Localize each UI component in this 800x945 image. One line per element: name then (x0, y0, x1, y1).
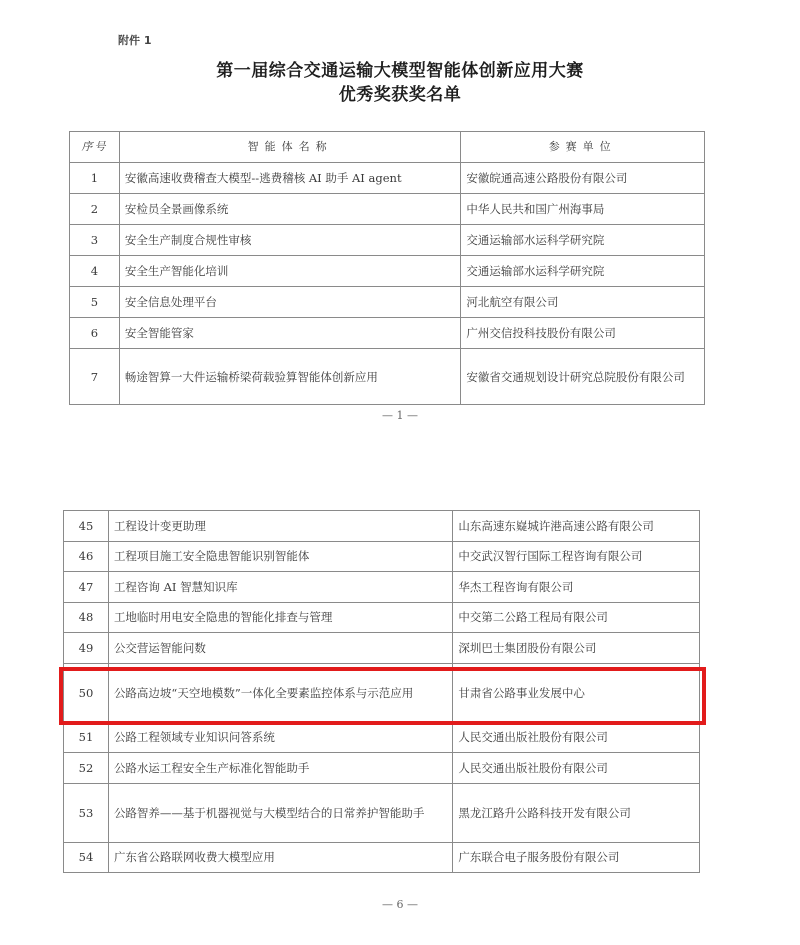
row-number: 2 (70, 194, 120, 225)
agent-name: 公路高边坡“天空地模数”一体化全要素监控体系与示范应用 (108, 663, 452, 722)
row-number: 5 (70, 287, 120, 318)
page-number: — 6 — (0, 898, 800, 911)
awards-table-page-1: 序号 智能体名称 参赛单位 1 安徽高速收费稽查大模型--逃费稽核 AI 助手 … (69, 131, 705, 405)
table-row: 7 畅途智算一大件运输桥梁荷载验算智能体创新应用 安徽省交通规划设计研究总院股份… (70, 349, 705, 405)
row-number: 50 (64, 663, 109, 722)
table-row: 48 工地临时用电安全隐患的智能化排查与管理 中交第二公路工程局有限公司 (64, 602, 700, 633)
table-row: 6 安全智能管家 广州交信投科技股份有限公司 (70, 318, 705, 349)
row-number: 51 (64, 722, 109, 753)
table-row: 47 工程咨询 AI 智慧知识库 华杰工程咨询有限公司 (64, 572, 700, 603)
page-number: — 1 — (0, 409, 800, 422)
header-agent-name: 智能体名称 (119, 132, 460, 163)
participant-unit: 深圳巴士集团股份有限公司 (453, 633, 700, 664)
agent-name: 工程咨询 AI 智慧知识库 (108, 572, 452, 603)
table-row: 49 公交营运智能问数 深圳巴士集团股份有限公司 (64, 633, 700, 664)
row-number: 3 (70, 225, 120, 256)
highlighted-table-row: 50 公路高边坡“天空地模数”一体化全要素监控体系与示范应用 甘肃省公路事业发展… (64, 663, 700, 722)
table-row: 53 公路智养——基于机器视觉与大模型结合的日常养护智能助手 黑龙江路升公路科技… (64, 783, 700, 842)
row-number: 47 (64, 572, 109, 603)
participant-unit: 安徽皖通高速公路股份有限公司 (461, 163, 705, 194)
participant-unit: 人民交通出版社股份有限公司 (453, 722, 700, 753)
agent-name: 畅途智算一大件运输桥梁荷载验算智能体创新应用 (119, 349, 460, 405)
row-number: 45 (64, 511, 109, 542)
agent-name: 公路水运工程安全生产标准化智能助手 (108, 753, 452, 784)
agent-name: 公路工程领域专业知识问答系统 (108, 722, 452, 753)
document-title: 第一届综合交通运输大模型智能体创新应用大赛 (0, 56, 800, 81)
participant-unit: 交通运输部水运科学研究院 (461, 225, 705, 256)
row-number: 48 (64, 602, 109, 633)
agent-name: 安徽高速收费稽查大模型--逃费稽核 AI 助手 AI agent (119, 163, 460, 194)
table-row: 46 工程项目施工安全隐患智能识别智能体 中交武汉智行国际工程咨询有限公司 (64, 541, 700, 572)
row-number: 4 (70, 256, 120, 287)
agent-name: 公交营运智能问数 (108, 633, 452, 664)
table-row: 2 安检员全景画像系统 中华人民共和国广州海事局 (70, 194, 705, 225)
agent-name: 安全智能管家 (119, 318, 460, 349)
participant-unit: 广州交信投科技股份有限公司 (461, 318, 705, 349)
table-row: 5 安全信息处理平台 河北航空有限公司 (70, 287, 705, 318)
table-row: 3 安全生产制度合规性审核 交通运输部水运科学研究院 (70, 225, 705, 256)
row-number: 7 (70, 349, 120, 405)
agent-name: 公路智养——基于机器视觉与大模型结合的日常养护智能助手 (108, 783, 452, 842)
agent-name: 工程设计变更助理 (108, 511, 452, 542)
row-number: 1 (70, 163, 120, 194)
document-subtitle: 优秀奖获奖名单 (0, 80, 800, 105)
table-row: 52 公路水运工程安全生产标准化智能助手 人民交通出版社股份有限公司 (64, 753, 700, 784)
participant-unit: 人民交通出版社股份有限公司 (453, 753, 700, 784)
agent-name: 工程项目施工安全隐患智能识别智能体 (108, 541, 452, 572)
participant-unit: 黑龙江路升公路科技开发有限公司 (453, 783, 700, 842)
participant-unit: 中交第二公路工程局有限公司 (453, 602, 700, 633)
document-page: 附件 1 第一届综合交通运输大模型智能体创新应用大赛 优秀奖获奖名单 序号 智能… (0, 0, 800, 945)
agent-name: 安检员全景画像系统 (119, 194, 460, 225)
participant-unit: 交通运输部水运科学研究院 (461, 256, 705, 287)
participant-unit: 甘肃省公路事业发展中心 (453, 663, 700, 722)
table-row: 51 公路工程领域专业知识问答系统 人民交通出版社股份有限公司 (64, 722, 700, 753)
table-header-row: 序号 智能体名称 参赛单位 (70, 132, 705, 163)
participant-unit: 安徽省交通规划设计研究总院股份有限公司 (461, 349, 705, 405)
header-participant-unit: 参赛单位 (461, 132, 705, 163)
table-row: 4 安全生产智能化培训 交通运输部水运科学研究院 (70, 256, 705, 287)
table-row: 54 广东省公路联网收费大模型应用 广东联合电子服务股份有限公司 (64, 842, 700, 873)
row-number: 53 (64, 783, 109, 842)
agent-name: 广东省公路联网收费大模型应用 (108, 842, 452, 873)
agent-name: 工地临时用电安全隐患的智能化排查与管理 (108, 602, 452, 633)
row-number: 54 (64, 842, 109, 873)
agent-name: 安全生产制度合规性审核 (119, 225, 460, 256)
participant-unit: 中交武汉智行国际工程咨询有限公司 (453, 541, 700, 572)
participant-unit: 华杰工程咨询有限公司 (453, 572, 700, 603)
agent-name: 安全生产智能化培训 (119, 256, 460, 287)
table-row: 45 工程设计变更助理 山东高速东嶷城许港高速公路有限公司 (64, 511, 700, 542)
awards-table-page-6: 45 工程设计变更助理 山东高速东嶷城许港高速公路有限公司 46 工程项目施工安… (63, 510, 700, 873)
participant-unit: 山东高速东嶷城许港高速公路有限公司 (453, 511, 700, 542)
participant-unit: 广东联合电子服务股份有限公司 (453, 842, 700, 873)
participant-unit: 河北航空有限公司 (461, 287, 705, 318)
row-number: 49 (64, 633, 109, 664)
table-row: 1 安徽高速收费稽查大模型--逃费稽核 AI 助手 AI agent 安徽皖通高… (70, 163, 705, 194)
agent-name: 安全信息处理平台 (119, 287, 460, 318)
attachment-label: 附件 1 (118, 32, 151, 48)
participant-unit: 中华人民共和国广州海事局 (461, 194, 705, 225)
row-number: 52 (64, 753, 109, 784)
row-number: 6 (70, 318, 120, 349)
row-number: 46 (64, 541, 109, 572)
header-serial: 序号 (70, 132, 120, 163)
